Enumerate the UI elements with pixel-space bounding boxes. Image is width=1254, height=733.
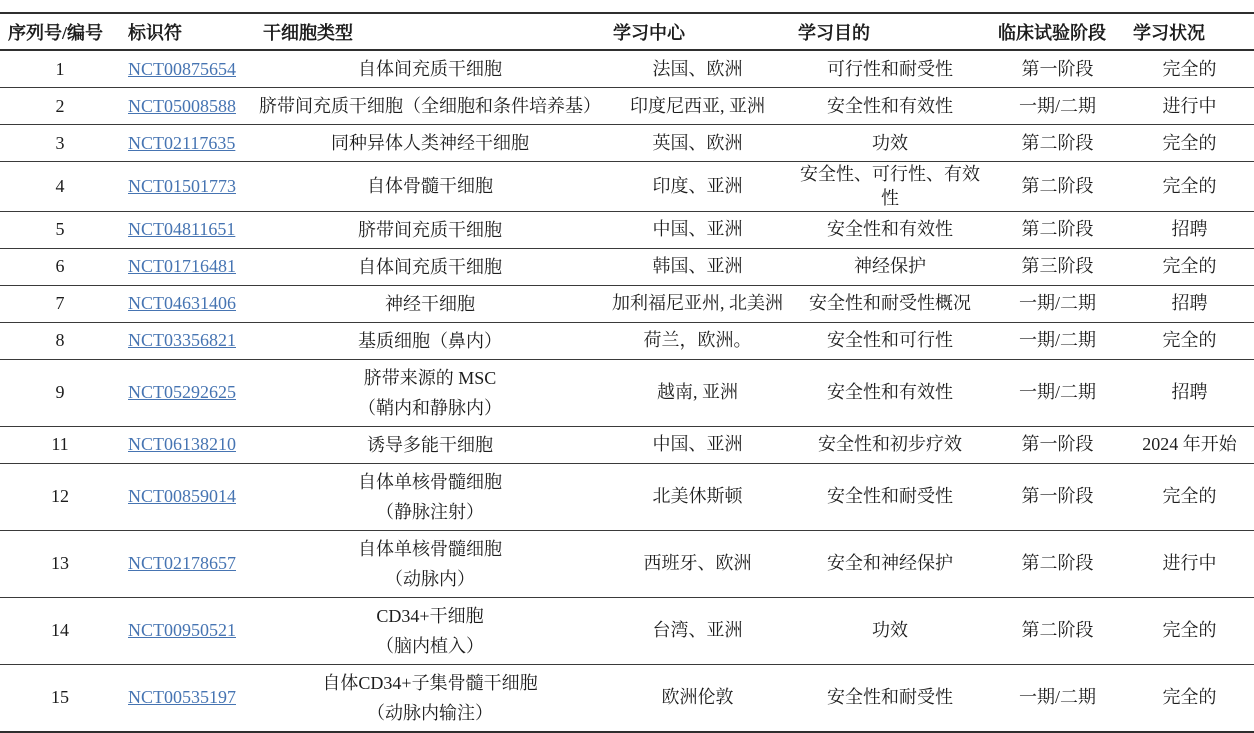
serial-cell: 12 — [0, 463, 120, 530]
serial-cell: 3 — [0, 125, 120, 162]
status-cell: 完全的 — [1125, 162, 1254, 212]
column-header-status: 学习状况 — [1125, 13, 1254, 50]
purpose-cell: 安全性和初步疗效 — [790, 426, 990, 463]
status-cell: 进行中 — [1125, 530, 1254, 597]
identifier-cell: NCT05008588 — [120, 88, 255, 125]
status-cell: 招聘 — [1125, 359, 1254, 426]
serial-cell: 11 — [0, 426, 120, 463]
table-row: 6NCT01716481自体间充质干细胞韩国、亚洲神经保护第三阶段完全的 — [0, 248, 1254, 285]
purpose-cell: 安全性和有效性 — [790, 88, 990, 125]
phase-cell: 第一阶段 — [990, 463, 1125, 530]
cell-type-cell: 脐带间充质干细胞 — [255, 211, 605, 248]
phase-cell: 一期/二期 — [990, 359, 1125, 426]
nct-identifier-link[interactable]: NCT01501773 — [128, 176, 236, 196]
cell-type-line: （静脉注射） — [259, 497, 601, 527]
serial-cell: 14 — [0, 597, 120, 664]
identifier-cell: NCT02117635 — [120, 125, 255, 162]
table-header: 序列号/编号标识符干细胞类型学习中心学习目的临床试验阶段学习状况 — [0, 13, 1254, 50]
identifier-cell: NCT01716481 — [120, 248, 255, 285]
cell-type-line: 神经干细胞 — [259, 289, 601, 319]
cell-type-cell: 神经干细胞 — [255, 285, 605, 322]
phase-cell: 第二阶段 — [990, 211, 1125, 248]
cell-type-cell: 自体骨髓干细胞 — [255, 162, 605, 212]
center-cell: 越南, 亚洲 — [605, 359, 790, 426]
center-cell: 荷兰，欧洲。 — [605, 322, 790, 359]
status-cell: 进行中 — [1125, 88, 1254, 125]
table-row: 14NCT00950521CD34+干细胞（脑内植入）台湾、亚洲功效第二阶段完全… — [0, 597, 1254, 664]
purpose-cell: 安全和神经保护 — [790, 530, 990, 597]
phase-cell: 第二阶段 — [990, 125, 1125, 162]
cell-type-line: CD34+干细胞 — [259, 601, 601, 631]
purpose-cell: 安全性和耐受性 — [790, 664, 990, 732]
table-row: 12NCT00859014自体单核骨髓细胞（静脉注射）北美休斯顿安全性和耐受性第… — [0, 463, 1254, 530]
cell-type-cell: 脐带间充质干细胞（全细胞和条件培养基） — [255, 88, 605, 125]
identifier-cell: NCT04631406 — [120, 285, 255, 322]
center-cell: 韩国、亚洲 — [605, 248, 790, 285]
serial-cell: 9 — [0, 359, 120, 426]
center-cell: 印度尼西亚, 亚洲 — [605, 88, 790, 125]
phase-cell: 一期/二期 — [990, 88, 1125, 125]
center-cell: 西班牙、欧洲 — [605, 530, 790, 597]
cell-type-line: 脐带间充质干细胞（全细胞和条件培养基） — [259, 91, 601, 121]
phase-cell: 第二阶段 — [990, 597, 1125, 664]
center-cell: 中国、亚洲 — [605, 426, 790, 463]
identifier-cell: NCT03356821 — [120, 322, 255, 359]
table-row: 8NCT03356821基质细胞（鼻内）荷兰，欧洲。安全性和可行性一期/二期完全… — [0, 322, 1254, 359]
table-row: 15NCT00535197自体CD34+子集骨髓干细胞（动脉内输注）欧洲伦敦安全… — [0, 664, 1254, 732]
center-cell: 加利福尼亚州, 北美洲 — [605, 285, 790, 322]
phase-cell: 一期/二期 — [990, 285, 1125, 322]
nct-identifier-link[interactable]: NCT01716481 — [128, 256, 236, 276]
center-cell: 欧洲伦敦 — [605, 664, 790, 732]
table-row: 7NCT04631406神经干细胞加利福尼亚州, 北美洲安全性和耐受性概况一期/… — [0, 285, 1254, 322]
center-cell: 法国、欧洲 — [605, 50, 790, 88]
table-row: 9NCT05292625脐带来源的 MSC（鞘内和静脉内）越南, 亚洲安全性和有… — [0, 359, 1254, 426]
phase-cell: 第二阶段 — [990, 162, 1125, 212]
purpose-cell: 可行性和耐受性 — [790, 50, 990, 88]
phase-cell: 一期/二期 — [990, 664, 1125, 732]
status-cell: 完全的 — [1125, 50, 1254, 88]
purpose-cell: 安全性和有效性 — [790, 359, 990, 426]
cell-type-cell: 自体CD34+子集骨髓干细胞（动脉内输注） — [255, 664, 605, 732]
serial-cell: 2 — [0, 88, 120, 125]
purpose-cell: 安全性、可行性、有效性 — [790, 162, 990, 212]
table-row: 3NCT02117635同种异体人类神经干细胞英国、欧洲功效第二阶段完全的 — [0, 125, 1254, 162]
status-cell: 完全的 — [1125, 322, 1254, 359]
clinical-trials-table: 序列号/编号标识符干细胞类型学习中心学习目的临床试验阶段学习状况 1NCT008… — [0, 12, 1254, 733]
column-header-phase: 临床试验阶段 — [990, 13, 1125, 50]
status-cell: 完全的 — [1125, 664, 1254, 732]
column-header-cell_type: 干细胞类型 — [255, 13, 605, 50]
nct-identifier-link[interactable]: NCT06138210 — [128, 434, 236, 454]
serial-cell: 4 — [0, 162, 120, 212]
identifier-cell: NCT05292625 — [120, 359, 255, 426]
column-header-identifier: 标识符 — [120, 13, 255, 50]
cell-type-line: 脐带来源的 MSC — [259, 363, 601, 393]
cell-type-line: 自体单核骨髓细胞 — [259, 467, 601, 497]
nct-identifier-link[interactable]: NCT00859014 — [128, 486, 236, 506]
table-body: 1NCT00875654自体间充质干细胞法国、欧洲可行性和耐受性第一阶段完全的2… — [0, 50, 1254, 732]
serial-cell: 5 — [0, 211, 120, 248]
cell-type-cell: 自体单核骨髓细胞（动脉内） — [255, 530, 605, 597]
center-cell: 印度、亚洲 — [605, 162, 790, 212]
table-row: 11NCT06138210诱导多能干细胞中国、亚洲安全性和初步疗效第一阶段202… — [0, 426, 1254, 463]
cell-type-line: 自体单核骨髓细胞 — [259, 534, 601, 564]
status-cell: 招聘 — [1125, 211, 1254, 248]
nct-identifier-link[interactable]: NCT02117635 — [128, 133, 235, 153]
cell-type-line: 同种异体人类神经干细胞 — [259, 128, 601, 158]
serial-cell: 7 — [0, 285, 120, 322]
phase-cell: 第一阶段 — [990, 50, 1125, 88]
column-header-center: 学习中心 — [605, 13, 790, 50]
serial-cell: 13 — [0, 530, 120, 597]
identifier-cell: NCT00950521 — [120, 597, 255, 664]
phase-cell: 第三阶段 — [990, 248, 1125, 285]
identifier-cell: NCT02178657 — [120, 530, 255, 597]
cell-type-line: （脑内植入） — [259, 631, 601, 661]
status-cell: 招聘 — [1125, 285, 1254, 322]
nct-identifier-link[interactable]: NCT00950521 — [128, 620, 236, 640]
cell-type-cell: CD34+干细胞（脑内植入） — [255, 597, 605, 664]
serial-cell: 6 — [0, 248, 120, 285]
table-row: 5NCT04811651脐带间充质干细胞中国、亚洲安全性和有效性第二阶段招聘 — [0, 211, 1254, 248]
cell-type-cell: 自体单核骨髓细胞（静脉注射） — [255, 463, 605, 530]
cell-type-line: 自体间充质干细胞 — [259, 54, 601, 84]
cell-type-line: （鞘内和静脉内） — [259, 393, 601, 423]
table-row: 13NCT02178657自体单核骨髓细胞（动脉内）西班牙、欧洲安全和神经保护第… — [0, 530, 1254, 597]
cell-type-line: 自体CD34+子集骨髓干细胞 — [259, 668, 601, 698]
purpose-cell: 安全性和有效性 — [790, 211, 990, 248]
nct-identifier-link[interactable]: NCT04631406 — [128, 293, 236, 313]
cell-type-line: 自体骨髓干细胞 — [259, 171, 601, 201]
header-row: 序列号/编号标识符干细胞类型学习中心学习目的临床试验阶段学习状况 — [0, 13, 1254, 50]
identifier-cell: NCT06138210 — [120, 426, 255, 463]
cell-type-line: 自体间充质干细胞 — [259, 252, 601, 282]
nct-identifier-link[interactable]: NCT00535197 — [128, 687, 236, 707]
center-cell: 台湾、亚洲 — [605, 597, 790, 664]
status-cell: 完全的 — [1125, 463, 1254, 530]
nct-identifier-link[interactable]: NCT04811651 — [128, 219, 235, 239]
nct-identifier-link[interactable]: NCT03356821 — [128, 330, 236, 350]
identifier-cell: NCT00859014 — [120, 463, 255, 530]
document-page: 序列号/编号标识符干细胞类型学习中心学习目的临床试验阶段学习状况 1NCT008… — [0, 0, 1254, 733]
serial-cell: 8 — [0, 322, 120, 359]
identifier-cell: NCT00535197 — [120, 664, 255, 732]
table-row: 1NCT00875654自体间充质干细胞法国、欧洲可行性和耐受性第一阶段完全的 — [0, 50, 1254, 88]
status-cell: 完全的 — [1125, 597, 1254, 664]
purpose-cell: 功效 — [790, 125, 990, 162]
status-cell: 完全的 — [1125, 248, 1254, 285]
purpose-cell: 神经保护 — [790, 248, 990, 285]
status-cell: 完全的 — [1125, 125, 1254, 162]
purpose-cell: 安全性和耐受性 — [790, 463, 990, 530]
serial-cell: 1 — [0, 50, 120, 88]
phase-cell: 一期/二期 — [990, 322, 1125, 359]
center-cell: 英国、欧洲 — [605, 125, 790, 162]
nct-identifier-link[interactable]: NCT05008588 — [128, 96, 236, 116]
purpose-cell: 功效 — [790, 597, 990, 664]
cell-type-line: （动脉内） — [259, 564, 601, 594]
cell-type-cell: 同种异体人类神经干细胞 — [255, 125, 605, 162]
center-cell: 中国、亚洲 — [605, 211, 790, 248]
purpose-cell: 安全性和可行性 — [790, 322, 990, 359]
phase-cell: 第二阶段 — [990, 530, 1125, 597]
cell-type-cell: 自体间充质干细胞 — [255, 248, 605, 285]
cell-type-cell: 自体间充质干细胞 — [255, 50, 605, 88]
cell-type-cell: 诱导多能干细胞 — [255, 426, 605, 463]
nct-identifier-link[interactable]: NCT05292625 — [128, 382, 236, 402]
cell-type-cell: 脐带来源的 MSC（鞘内和静脉内） — [255, 359, 605, 426]
status-cell: 2024 年开始 — [1125, 426, 1254, 463]
cell-type-line: 诱导多能干细胞 — [259, 430, 601, 460]
table-row: 2NCT05008588脐带间充质干细胞（全细胞和条件培养基）印度尼西亚, 亚洲… — [0, 88, 1254, 125]
column-header-serial: 序列号/编号 — [0, 13, 120, 50]
column-header-purpose: 学习目的 — [790, 13, 990, 50]
identifier-cell: NCT00875654 — [120, 50, 255, 88]
identifier-cell: NCT01501773 — [120, 162, 255, 212]
nct-identifier-link[interactable]: NCT02178657 — [128, 553, 236, 573]
purpose-cell: 安全性和耐受性概况 — [790, 285, 990, 322]
serial-cell: 15 — [0, 664, 120, 732]
table-row: 4NCT01501773自体骨髓干细胞印度、亚洲安全性、可行性、有效性第二阶段完… — [0, 162, 1254, 212]
cell-type-line: （动脉内输注） — [259, 698, 601, 728]
identifier-cell: NCT04811651 — [120, 211, 255, 248]
cell-type-cell: 基质细胞（鼻内） — [255, 322, 605, 359]
cell-type-line: 基质细胞（鼻内） — [259, 326, 601, 356]
nct-identifier-link[interactable]: NCT00875654 — [128, 59, 236, 79]
phase-cell: 第一阶段 — [990, 426, 1125, 463]
cell-type-line: 脐带间充质干细胞 — [259, 215, 601, 245]
center-cell: 北美休斯顿 — [605, 463, 790, 530]
